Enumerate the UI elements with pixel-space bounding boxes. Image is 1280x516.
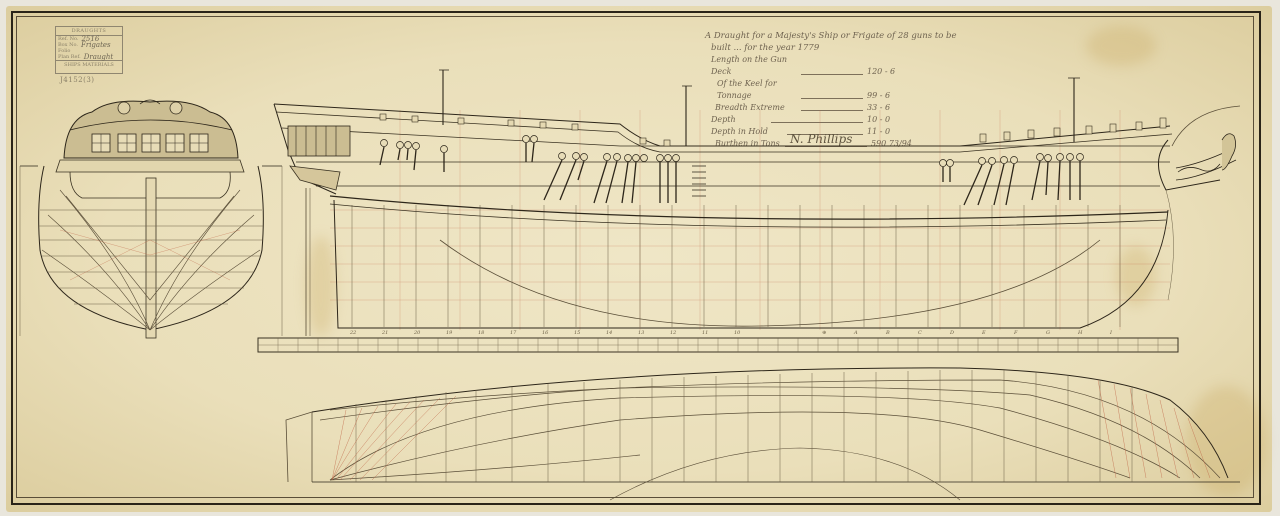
svg-text:I: I bbox=[1109, 330, 1113, 336]
svg-text:B: B bbox=[885, 330, 890, 336]
svg-text:14: 14 bbox=[606, 330, 612, 336]
svg-text:10: 10 bbox=[734, 330, 741, 336]
svg-text:13: 13 bbox=[638, 330, 644, 336]
svg-text:11: 11 bbox=[702, 330, 708, 336]
svg-text:F: F bbox=[1013, 330, 1018, 336]
half-breadth-plan bbox=[286, 368, 1240, 500]
svg-text:21: 21 bbox=[381, 330, 388, 336]
scale-bar bbox=[258, 338, 1178, 352]
profile-view: 22212019 18171615 14131211 10⊕AB CDEF GH… bbox=[274, 70, 1240, 336]
svg-text:17: 17 bbox=[510, 330, 517, 336]
svg-text:C: C bbox=[918, 330, 922, 336]
svg-text:16: 16 bbox=[542, 330, 549, 336]
stern-view bbox=[20, 100, 282, 338]
svg-text:15: 15 bbox=[574, 330, 580, 336]
svg-text:⊕: ⊕ bbox=[822, 330, 826, 336]
svg-text:A: A bbox=[853, 330, 858, 336]
svg-text:G: G bbox=[1046, 330, 1050, 336]
svg-text:E: E bbox=[981, 330, 986, 336]
svg-text:H: H bbox=[1077, 330, 1083, 336]
svg-text:D: D bbox=[949, 330, 954, 336]
svg-text:18: 18 bbox=[478, 330, 484, 336]
svg-text:22: 22 bbox=[349, 330, 356, 336]
station-marks: 22212019 18171615 14131211 10⊕AB CDEF GH… bbox=[349, 330, 1113, 336]
ship-drawing: 22212019 18171615 14131211 10⊕AB CDEF GH… bbox=[0, 0, 1280, 516]
svg-text:20: 20 bbox=[413, 330, 421, 336]
svg-text:19: 19 bbox=[446, 330, 453, 336]
svg-text:12: 12 bbox=[670, 330, 676, 336]
